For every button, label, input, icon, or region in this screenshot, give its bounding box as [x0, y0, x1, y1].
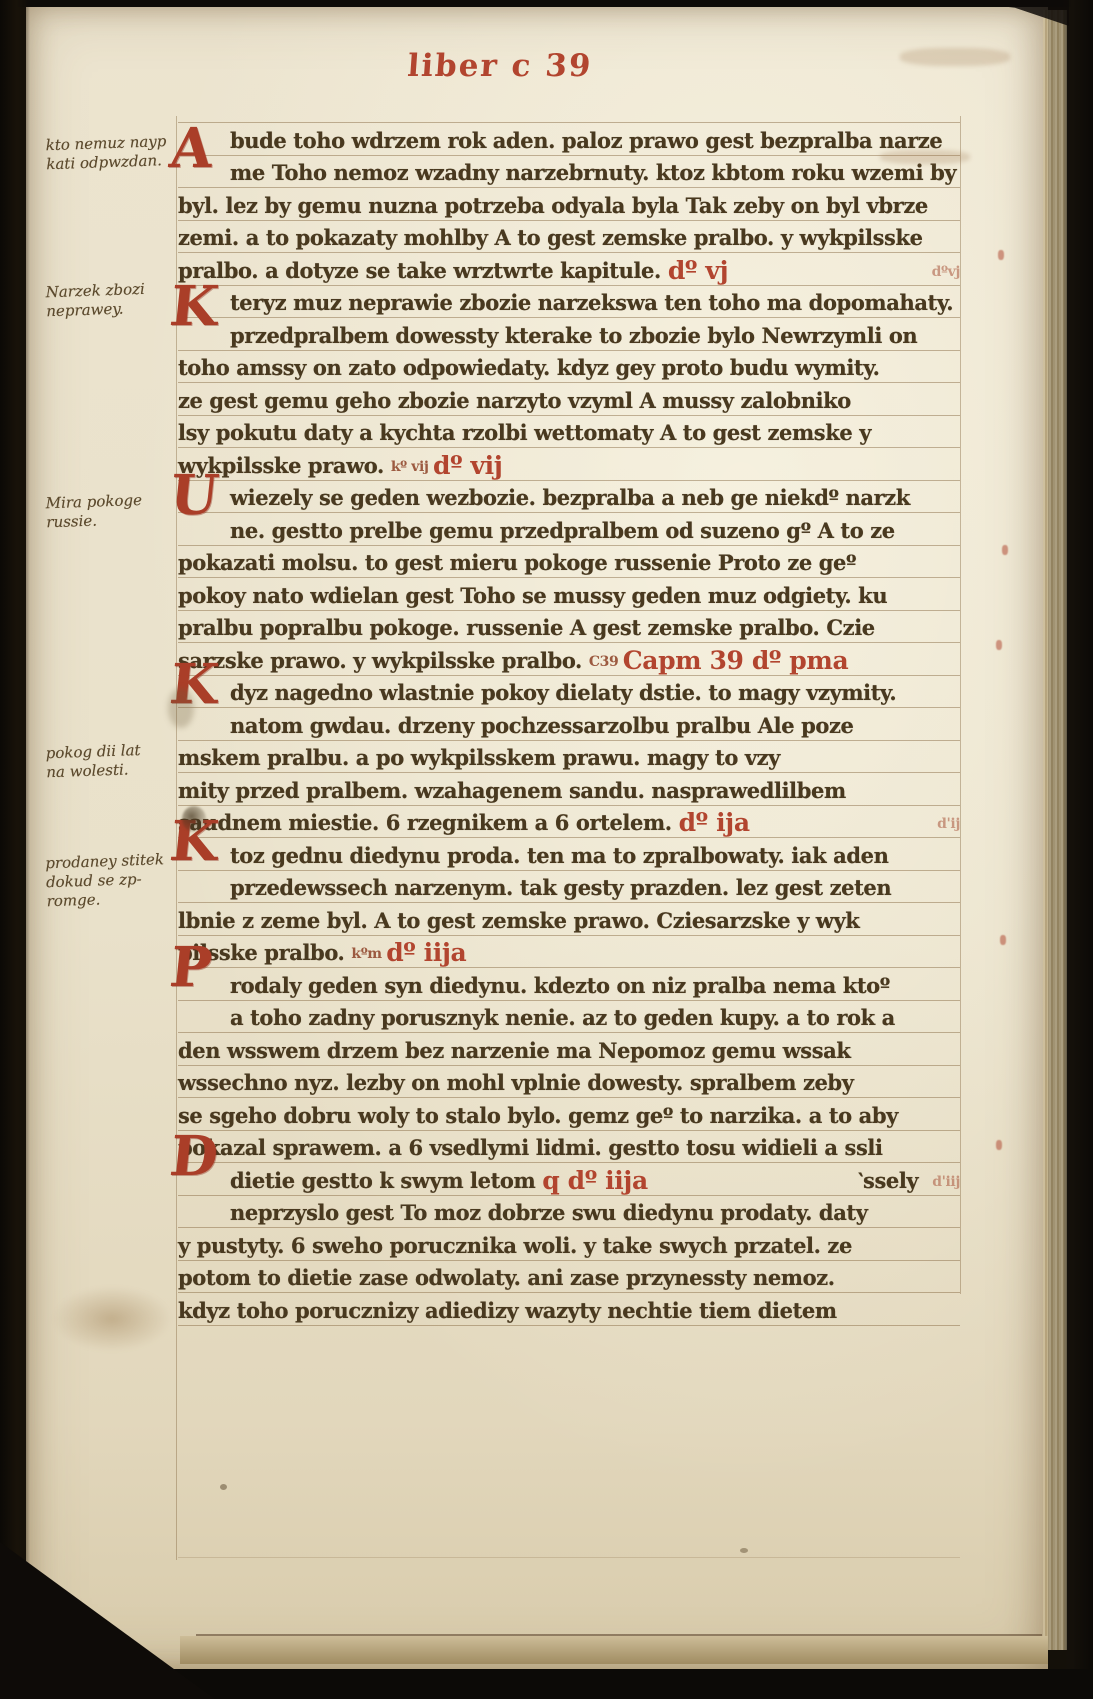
- manuscript-text: przedpralbem dowessty kterake to zbozie …: [230, 321, 917, 350]
- text-line: natom gwdau. drzeny pochzessarzolbu pral…: [178, 708, 960, 741]
- text-line: pralbo. a dotyze se take wrztwrte kapitu…: [178, 253, 960, 286]
- bleed-through-ghost: [880, 150, 970, 164]
- bottom-margin-ruling: [178, 1557, 960, 1558]
- manuscript-text: dyz nagedno wlastnie pokoy dielaty dstie…: [230, 678, 896, 707]
- text-line: bude toho wdrzem rok aden. paloz prawo g…: [178, 123, 960, 156]
- fore-edge-red-mark: [998, 250, 1004, 260]
- text-line: przedewssech narzenym. tak gesty prazden…: [178, 871, 960, 904]
- drop-cap-initial: D: [167, 1126, 230, 1190]
- underlying-page-edge: [180, 1636, 1048, 1664]
- text-line: pokazal sprawem. a 6 vsedlymi lidmi. ges…: [178, 1131, 960, 1164]
- rubric-text: Capm 39 dº pma: [623, 646, 848, 675]
- photo-edge-top: [0, 0, 1093, 7]
- manuscript-text: natom gwdau. drzeny pochzessarzolbu pral…: [230, 711, 854, 740]
- manuscript-text: bude toho wdrzem rok aden. paloz prawo g…: [230, 126, 942, 155]
- right-margin-ruling: [960, 116, 961, 1294]
- text-line: den wsswem drzem bez narzenie ma Nepomoz…: [178, 1033, 960, 1066]
- manuscript-text: y pustyty. 6 sweho porucznika woli. y ta…: [178, 1231, 852, 1260]
- text-line: neprzyslo gest To moz dobrze swu diedynu…: [178, 1196, 960, 1229]
- drop-cap-initial: P: [167, 937, 230, 1001]
- text-line: pilsske pralbo. kºm dº iija: [178, 936, 960, 969]
- manuscript-text: saudnem miestie. 6 rzegnikem a 6 ortelem…: [178, 808, 679, 837]
- bleed-through-ghost: [900, 48, 1010, 66]
- text-line: pralbu popralbu pokoge. russenie A gest …: [178, 611, 960, 644]
- rubric-text: dº ija: [679, 808, 750, 837]
- margin-note: prodaney stitekdokud se zp-romge.: [45, 850, 179, 912]
- text-line: ze gest gemu geho zbozie narzyto vzyml A…: [178, 383, 960, 416]
- text-line: wykpilsske prawo. kº vij dº vij: [178, 448, 960, 481]
- text-line: przedpralbem dowessty kterake to zbozie …: [178, 318, 960, 351]
- manuscript-text: toz gednu diedynu proda. ten ma to zpral…: [230, 841, 888, 870]
- text-line: mskem pralbu. a po wykpilsskem prawu. ma…: [178, 741, 960, 774]
- rubric-text: kºm: [351, 941, 386, 967]
- margin-note: pokog dii latna wolesti.: [45, 740, 178, 783]
- manuscript-text-block: bude toho wdrzem rok aden. paloz prawo g…: [178, 122, 960, 1326]
- text-line: pokoy nato wdielan gest Toho se mussy ge…: [178, 578, 960, 611]
- text-line: rodaly geden syn diedynu. kdezto on niz …: [178, 968, 960, 1001]
- text-line: pokazati molsu. to gest mieru pokoge rus…: [178, 546, 960, 579]
- text-line: mity przed pralbem. wzahagenem sandu. na…: [178, 773, 960, 806]
- rubric-text: dº vij: [433, 451, 502, 480]
- manuscript-text: rodaly geden syn diedynu. kdezto on niz …: [230, 971, 890, 1000]
- text-line: y pustyty. 6 sweho porucznika woli. y ta…: [178, 1228, 960, 1261]
- manuscript-text: wiezely se geden wezbozie. bezpralba a n…: [230, 483, 910, 512]
- margin-note: Mira pokogerussie.: [45, 490, 178, 533]
- smudge: [168, 688, 194, 728]
- manuscript-text: ne. gestto prelbe gemu przedpralbem od s…: [230, 516, 895, 545]
- rubric-text: d'ij: [937, 811, 960, 837]
- text-line: toho amssy on zato odpowiedaty. kdyz gey…: [178, 351, 960, 384]
- text-line: toz gednu diedynu proda. ten ma to zpral…: [178, 838, 960, 871]
- text-line: zemi. a to pokazaty mohlby A to gest zem…: [178, 221, 960, 254]
- manuscript-text: pralbu popralbu pokoge. russenie A gest …: [178, 613, 875, 642]
- speck: [220, 1484, 227, 1490]
- manuscript-text: a toho zadny porusznyk nenie. az to gede…: [230, 1003, 895, 1032]
- manuscript-text: ‵ssely: [858, 1166, 918, 1195]
- manuscript-text: mity przed pralbem. wzahagenem sandu. na…: [178, 776, 846, 805]
- margin-note: Narzek zbozineprawey.: [45, 279, 178, 322]
- text-line: teryz muz neprawie zbozie narzekswa ten …: [178, 286, 960, 319]
- rubric-text: dºvj: [932, 259, 960, 285]
- manuscript-text: me Toho nemoz wzadny narzebrnuty. ktoz k…: [230, 158, 956, 187]
- rubric-text: C39: [589, 649, 623, 675]
- fore-edge-red-mark: [1000, 935, 1006, 945]
- manuscript-text: pralbo. a dotyze se take wrztwrte kapitu…: [178, 256, 668, 285]
- manuscript-text: dietie gestto k swym letom: [230, 1166, 542, 1195]
- manuscript-text: pokazal sprawem. a 6 vsedlymi lidmi. ges…: [178, 1133, 883, 1162]
- text-line: wiezely se geden wezbozie. bezpralba a n…: [178, 481, 960, 514]
- manuscript-text: se sgeho dobru woly to stalo bylo. gemz …: [178, 1101, 898, 1130]
- ink-spot: [182, 806, 206, 832]
- page-edge-line: [196, 1634, 1042, 1636]
- rubric-text: dº iija: [386, 938, 466, 967]
- text-line: potom to dietie zase odwolaty. ani zase …: [178, 1261, 960, 1294]
- margin-note: kto nemuz naypkati odpwzdan.: [45, 132, 178, 175]
- text-line: sarzske prawo. y wykpilsske pralbo. C39 …: [178, 643, 960, 676]
- manuscript-text: pokoy nato wdielan gest Toho se mussy ge…: [178, 581, 887, 610]
- fore-edge-red-mark: [1002, 545, 1008, 555]
- manuscript-text: pokazati molsu. to gest mieru pokoge rus…: [178, 548, 856, 577]
- manuscript-text: byl. lez by gemu nuzna potrzeba odyala b…: [178, 191, 928, 220]
- text-line: a toho zadny porusznyk nenie. az to gede…: [178, 1001, 960, 1034]
- text-line: lsy pokutu daty a kychta rzolbi wettomat…: [178, 416, 960, 449]
- text-line: wssechno nyz. lezby on mohl vplnie dowes…: [178, 1066, 960, 1099]
- manuscript-text: toho amssy on zato odpowiedaty. kdyz gey…: [178, 353, 880, 382]
- manuscript-text: wssechno nyz. lezby on mohl vplnie dowes…: [178, 1068, 854, 1097]
- rubric-text: q dº iija: [542, 1166, 648, 1195]
- manuscript-text: lbnie z zeme byl. A to gest zemske prawo…: [178, 906, 859, 935]
- fore-edge-red-mark: [996, 1140, 1002, 1150]
- text-line: ne. gestto prelbe gemu przedpralbem od s…: [178, 513, 960, 546]
- photo-edge-left: [0, 0, 30, 1699]
- text-line: byl. lez by gemu nuzna potrzeba odyala b…: [178, 188, 960, 221]
- manuscript-text: mskem pralbu. a po wykpilsskem prawu. ma…: [178, 743, 780, 772]
- text-line: me Toho nemoz wzadny narzebrnuty. ktoz k…: [178, 156, 960, 189]
- text-line: dyz nagedno wlastnie pokoy dielaty dstie…: [178, 676, 960, 709]
- manuscript-text: sarzske prawo. y wykpilsske pralbo.: [178, 646, 589, 675]
- photo-edge-right: [1063, 0, 1093, 1699]
- manuscript-photo: liber c 39 bude toho wdrzem rok aden. pa…: [0, 0, 1093, 1699]
- manuscript-text: ze gest gemu geho zbozie narzyto vzyml A…: [178, 386, 851, 415]
- text-line: kdyz toho porucznizy adiedizy wazyty nec…: [178, 1293, 960, 1326]
- text-line: se sgeho dobru woly to stalo bylo. gemz …: [178, 1098, 960, 1131]
- manuscript-text: zemi. a to pokazaty mohlby A to gest zem…: [178, 223, 923, 252]
- manuscript-text: przedewssech narzenym. tak gesty prazden…: [230, 873, 891, 902]
- text-line: lbnie z zeme byl. A to gest zemske prawo…: [178, 903, 960, 936]
- rubric-text: kº vij: [391, 454, 433, 480]
- text-line: dietie gestto k swym letom q dº iija‵sse…: [178, 1163, 960, 1196]
- manuscript-text: teryz muz neprawie zbozie narzekswa ten …: [230, 288, 953, 317]
- manuscript-text: lsy pokutu daty a kychta rzolbi wettomat…: [178, 418, 871, 447]
- text-line: saudnem miestie. 6 rzegnikem a 6 ortelem…: [178, 806, 960, 839]
- manuscript-text: potom to dietie zase odwolaty. ani zase …: [178, 1263, 835, 1292]
- page-title-rubric: liber c 39: [299, 48, 702, 84]
- parchment-stain: [52, 1286, 172, 1352]
- rubric-text: d'iij: [932, 1169, 960, 1195]
- manuscript-text: den wsswem drzem bez narzenie ma Nepomoz…: [178, 1036, 850, 1065]
- speck: [740, 1548, 748, 1553]
- fore-edge-red-mark: [996, 640, 1002, 650]
- rubric-text: dº vj: [668, 256, 728, 285]
- manuscript-text: kdyz toho porucznizy adiedizy wazyty nec…: [178, 1296, 837, 1325]
- manuscript-text: neprzyslo gest To moz dobrze swu diedynu…: [230, 1198, 868, 1227]
